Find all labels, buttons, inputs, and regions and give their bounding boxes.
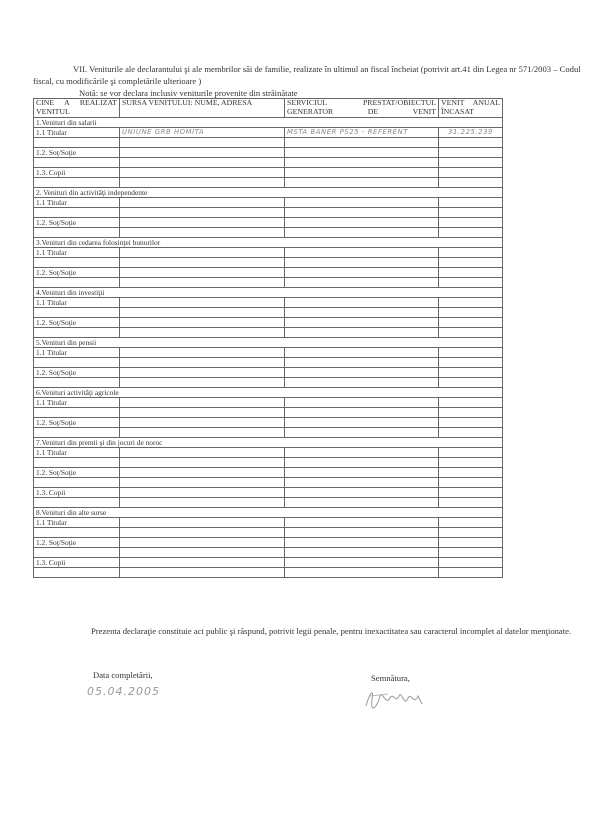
empty-cell <box>120 328 285 338</box>
section-header-row: 1.Venituri din salarii <box>34 118 503 128</box>
empty-cell <box>439 158 503 168</box>
date-value: 05.04.2005 <box>87 685 160 698</box>
row-label: 1.3. Copii <box>34 168 120 178</box>
empty-cell <box>34 328 120 338</box>
income-service <box>285 248 439 258</box>
table-row: 1.1 TitularUNIUNE GRB HOMITAMSTA BANER P… <box>34 128 503 138</box>
row-label: 1.1 Titular <box>34 248 120 258</box>
income-service <box>285 298 439 308</box>
table-row: 1.1 Titular <box>34 248 503 258</box>
header-amount: VENIT ANUAL ÎNCASAT <box>439 99 503 118</box>
table-spacer-row <box>34 408 503 418</box>
table-row: 1.2. Soţ/Soţie <box>34 418 503 428</box>
income-service <box>285 448 439 458</box>
table-spacer-row <box>34 498 503 508</box>
empty-cell <box>439 138 503 148</box>
table-spacer-row <box>34 308 503 318</box>
empty-cell <box>285 358 439 368</box>
empty-cell <box>120 138 285 148</box>
income-service <box>285 348 439 358</box>
empty-cell <box>34 208 120 218</box>
empty-cell <box>120 428 285 438</box>
empty-cell <box>34 378 120 388</box>
row-label: 1.1 Titular <box>34 348 120 358</box>
income-amount <box>439 488 503 498</box>
empty-cell <box>439 528 503 538</box>
income-amount: 31.225.239 <box>439 128 503 138</box>
empty-cell <box>34 528 120 538</box>
income-service <box>285 318 439 328</box>
section-title: 4.Venituri din investiţii <box>34 288 503 298</box>
empty-cell <box>285 328 439 338</box>
section-header-row: 7.Venituri din premii şi din jocuri de n… <box>34 438 503 448</box>
income-service <box>285 488 439 498</box>
income-source <box>120 318 285 328</box>
empty-cell <box>285 428 439 438</box>
empty-cell <box>285 458 439 468</box>
empty-cell <box>120 528 285 538</box>
empty-cell <box>439 548 503 558</box>
table-spacer-row <box>34 548 503 558</box>
income-table: CINE A REALIZAT VENITUL SURSA VENITULUI:… <box>33 98 503 578</box>
empty-cell <box>120 378 285 388</box>
table-spacer-row <box>34 178 503 188</box>
income-source <box>120 198 285 208</box>
income-source <box>120 218 285 228</box>
empty-cell <box>285 408 439 418</box>
empty-cell <box>285 568 439 578</box>
table-row: 1.2. Soţ/Soţie <box>34 368 503 378</box>
empty-cell <box>120 408 285 418</box>
empty-cell <box>34 568 120 578</box>
empty-cell <box>34 258 120 268</box>
empty-cell <box>439 208 503 218</box>
empty-cell <box>285 178 439 188</box>
income-service <box>285 398 439 408</box>
income-amount <box>439 448 503 458</box>
empty-cell <box>439 478 503 488</box>
table-spacer-row <box>34 478 503 488</box>
table-row: 1.3. Copii <box>34 558 503 568</box>
empty-cell <box>285 158 439 168</box>
row-label: 1.1 Titular <box>34 518 120 528</box>
income-amount <box>439 538 503 548</box>
empty-cell <box>439 408 503 418</box>
income-service: MSTA BANER PS25 - REFERENT <box>285 128 439 138</box>
income-amount <box>439 148 503 158</box>
empty-cell <box>285 208 439 218</box>
table-spacer-row <box>34 568 503 578</box>
section-header-row: 2. Venituri din activităţi independente <box>34 188 503 198</box>
row-label: 1.1 Titular <box>34 448 120 458</box>
income-source <box>120 268 285 278</box>
income-source <box>120 468 285 478</box>
table-spacer-row <box>34 428 503 438</box>
row-label: 1.2. Soţ/Soţie <box>34 368 120 378</box>
table-spacer-row <box>34 208 503 218</box>
row-label: 1.1 Titular <box>34 198 120 208</box>
empty-cell <box>34 498 120 508</box>
section-title: 6.Venituri activităţi agricole <box>34 388 503 398</box>
income-source <box>120 398 285 408</box>
empty-cell <box>34 358 120 368</box>
empty-cell <box>34 308 120 318</box>
table-row: 1.1 Titular <box>34 198 503 208</box>
section-header-row: 3.Venituri din cedarea folosinţei bunuri… <box>34 238 503 248</box>
income-source <box>120 418 285 428</box>
section-intro: VII. Veniturile ale declarantului şi ale… <box>33 63 593 99</box>
table-row: 1.1 Titular <box>34 348 503 358</box>
section-header-row: 5.Venituri din pensii <box>34 338 503 348</box>
section-title: 5.Venituri din pensii <box>34 338 503 348</box>
row-label: 1.2. Soţ/Soţie <box>34 538 120 548</box>
income-amount <box>439 418 503 428</box>
row-label: 1.2. Soţ/Soţie <box>34 218 120 228</box>
date-label: Data completării, <box>93 670 153 680</box>
table-row: 1.2. Soţ/Soţie <box>34 268 503 278</box>
income-service <box>285 268 439 278</box>
income-amount <box>439 348 503 358</box>
empty-cell <box>120 478 285 488</box>
table-row: 1.2. Soţ/Soţie <box>34 218 503 228</box>
header-who: CINE A REALIZAT VENITUL <box>34 99 120 118</box>
empty-cell <box>439 228 503 238</box>
empty-cell <box>120 308 285 318</box>
empty-cell <box>439 308 503 318</box>
empty-cell <box>439 498 503 508</box>
income-amount <box>439 218 503 228</box>
row-label: 1.2. Soţ/Soţie <box>34 318 120 328</box>
empty-cell <box>34 178 120 188</box>
empty-cell <box>34 478 120 488</box>
table-row: 1.1 Titular <box>34 298 503 308</box>
table-row: 1.3. Copii <box>34 488 503 498</box>
table-spacer-row <box>34 158 503 168</box>
empty-cell <box>439 258 503 268</box>
section-header-row: 6.Venituri activităţi agricole <box>34 388 503 398</box>
empty-cell <box>34 458 120 468</box>
section-title: 8.Venituri din alte surse <box>34 508 503 518</box>
empty-cell <box>439 178 503 188</box>
empty-cell <box>439 378 503 388</box>
table-spacer-row <box>34 528 503 538</box>
empty-cell <box>34 278 120 288</box>
income-amount <box>439 268 503 278</box>
empty-cell <box>285 548 439 558</box>
empty-cell <box>34 158 120 168</box>
empty-cell <box>120 278 285 288</box>
income-source <box>120 368 285 378</box>
empty-cell <box>285 378 439 388</box>
income-source <box>120 168 285 178</box>
empty-cell <box>285 228 439 238</box>
income-amount <box>439 518 503 528</box>
table-spacer-row <box>34 138 503 148</box>
income-source <box>120 558 285 568</box>
income-service <box>285 418 439 428</box>
signature-label: Semnătura, <box>371 673 410 683</box>
empty-cell <box>439 568 503 578</box>
empty-cell <box>34 548 120 558</box>
empty-cell <box>285 478 439 488</box>
income-amount <box>439 558 503 568</box>
table-spacer-row <box>34 358 503 368</box>
section-title: 2. Venituri din activităţi independente <box>34 188 503 198</box>
income-amount <box>439 298 503 308</box>
empty-cell <box>34 428 120 438</box>
income-source <box>120 148 285 158</box>
income-source: UNIUNE GRB HOMITA <box>120 128 285 138</box>
row-label: 1.1 Titular <box>34 298 120 308</box>
table-row: 1.2. Soţ/Soţie <box>34 538 503 548</box>
row-label: 1.2. Soţ/Soţie <box>34 468 120 478</box>
income-amount <box>439 198 503 208</box>
empty-cell <box>285 308 439 318</box>
signature-mark <box>362 684 432 719</box>
income-service <box>285 468 439 478</box>
table-row: 1.1 Titular <box>34 518 503 528</box>
closing-statement: Prezenta declaraţie constituie act publi… <box>33 625 593 637</box>
table-header-row: CINE A REALIZAT VENITUL SURSA VENITULUI:… <box>34 99 503 118</box>
header-service: SERVICIUL PRESTAT/OBIECTUL GENERATOR DE … <box>285 99 439 118</box>
table-spacer-row <box>34 378 503 388</box>
table-spacer-row <box>34 228 503 238</box>
empty-cell <box>120 498 285 508</box>
empty-cell <box>120 358 285 368</box>
income-service <box>285 538 439 548</box>
income-amount <box>439 168 503 178</box>
section-title: 1.Venituri din salarii <box>34 118 503 128</box>
income-amount <box>439 398 503 408</box>
income-source <box>120 538 285 548</box>
table-spacer-row <box>34 328 503 338</box>
section-header-row: 4.Venituri din investiţii <box>34 288 503 298</box>
empty-cell <box>439 428 503 438</box>
income-service <box>285 168 439 178</box>
income-service <box>285 148 439 158</box>
empty-cell <box>439 358 503 368</box>
income-source <box>120 448 285 458</box>
empty-cell <box>120 458 285 468</box>
table-spacer-row <box>34 278 503 288</box>
row-label: 1.2. Soţ/Soţie <box>34 148 120 158</box>
row-label: 1.1 Titular <box>34 128 120 138</box>
empty-cell <box>34 228 120 238</box>
empty-cell <box>120 228 285 238</box>
income-source <box>120 348 285 358</box>
header-source: SURSA VENITULUI: NUME, ADRESA <box>120 99 285 118</box>
empty-cell <box>34 408 120 418</box>
income-source <box>120 488 285 498</box>
table-row: 1.1 Titular <box>34 448 503 458</box>
empty-cell <box>34 138 120 148</box>
section-heading: VII. Veniturile ale declarantului şi ale… <box>33 63 593 87</box>
row-label: 1.3. Copii <box>34 488 120 498</box>
income-amount <box>439 248 503 258</box>
income-amount <box>439 368 503 378</box>
income-amount <box>439 468 503 478</box>
income-service <box>285 368 439 378</box>
empty-cell <box>120 548 285 558</box>
empty-cell <box>120 208 285 218</box>
empty-cell <box>285 278 439 288</box>
row-label: 1.3. Copii <box>34 558 120 568</box>
income-table-body: 1.Venituri din salarii1.1 TitularUNIUNE … <box>34 118 503 578</box>
empty-cell <box>120 158 285 168</box>
empty-cell <box>285 138 439 148</box>
income-service <box>285 518 439 528</box>
empty-cell <box>285 528 439 538</box>
empty-cell <box>439 328 503 338</box>
income-source <box>120 518 285 528</box>
empty-cell <box>120 568 285 578</box>
section-title: 7.Venituri din premii şi din jocuri de n… <box>34 438 503 448</box>
table-row: 1.2. Soţ/Soţie <box>34 318 503 328</box>
empty-cell <box>285 258 439 268</box>
table-row: 1.1 Titular <box>34 398 503 408</box>
income-service <box>285 218 439 228</box>
income-service <box>285 198 439 208</box>
row-label: 1.2. Soţ/Soţie <box>34 418 120 428</box>
empty-cell <box>439 458 503 468</box>
table-spacer-row <box>34 258 503 268</box>
section-header-row: 8.Venituri din alte surse <box>34 508 503 518</box>
section-title: 3.Venituri din cedarea folosinţei bunuri… <box>34 238 503 248</box>
income-source <box>120 248 285 258</box>
empty-cell <box>120 258 285 268</box>
income-source <box>120 298 285 308</box>
empty-cell <box>285 498 439 508</box>
table-row: 1.2. Soţ/Soţie <box>34 148 503 158</box>
empty-cell <box>439 278 503 288</box>
table-row: 1.2. Soţ/Soţie <box>34 468 503 478</box>
row-label: 1.1 Titular <box>34 398 120 408</box>
empty-cell <box>120 178 285 188</box>
table-row: 1.3. Copii <box>34 168 503 178</box>
income-service <box>285 558 439 568</box>
signature-scribble-icon <box>362 684 432 714</box>
income-amount <box>439 318 503 328</box>
row-label: 1.2. Soţ/Soţie <box>34 268 120 278</box>
table-spacer-row <box>34 458 503 468</box>
closing-text: Prezenta declaraţie constituie act publi… <box>33 625 593 637</box>
